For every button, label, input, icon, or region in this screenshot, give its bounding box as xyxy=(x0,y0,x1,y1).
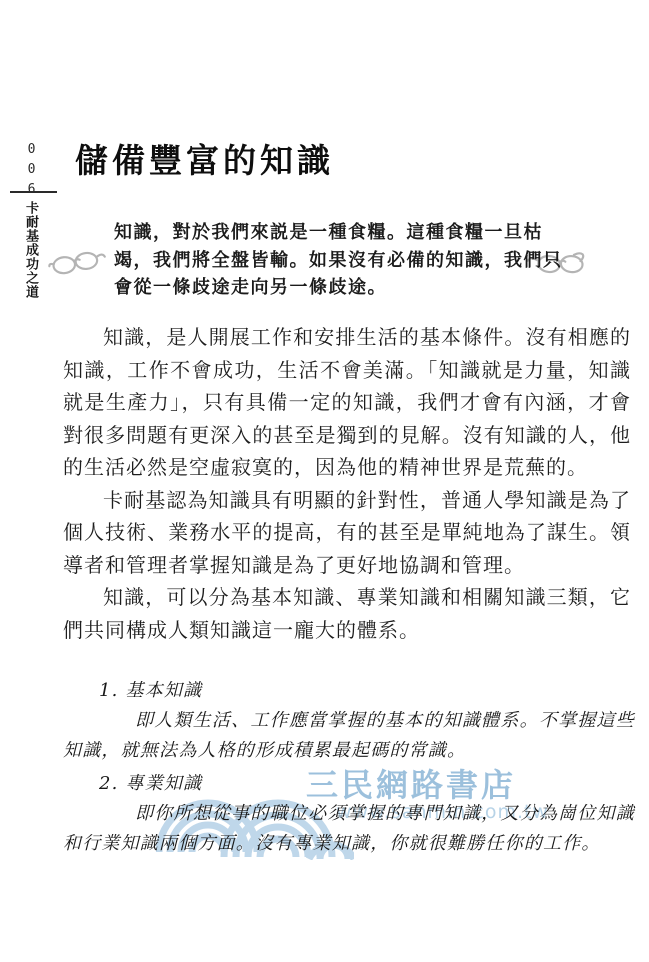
knowledge-type-list: 1. 基本知識 即人類生活、工作應當掌握的基本的知識體系。不掌握這些知識，就無法… xyxy=(63,676,635,859)
paragraph: 知識，是人開展工作和安排生活的基本條件。沒有相應的知識，工作不會成功，生活不會美… xyxy=(63,321,631,484)
page-number: 006 xyxy=(24,142,39,202)
glasses-icon xyxy=(48,242,106,284)
body-text: 知識，是人開展工作和安排生活的基本條件。沒有相應的知識，工作不會成功，生活不會美… xyxy=(63,321,631,646)
book-page: 006 卡耐基成功之道 儲備豐富的知識 知識，對於我們來説是一種食糧。這種食糧一… xyxy=(0,0,649,962)
list-item-text: 即你所想從事的職位必須掌握的專門知識，又分為崗位知識和行業知識兩個方面。沒有專業… xyxy=(63,799,635,859)
list-item: 1. 基本知識 即人類生活、工作應當掌握的基本的知識體系。不掌握這些知識，就無法… xyxy=(63,676,635,766)
chapter-quote: 知識，對於我們來説是一種食糧。這種食糧一旦枯 竭，我們將全盤皆輸。如果沒有必備的… xyxy=(114,219,544,302)
list-item-heading: 1. 基本知識 xyxy=(63,676,635,706)
list-item-text: 即人類生活、工作應當掌握的基本的知識體系。不掌握這些知識，就無法為人格的形成積累… xyxy=(63,706,635,766)
list-item: 2. 專業知識 即你所想從事的職位必須掌握的專門知識，又分為崗位知識和行業知識兩… xyxy=(63,769,635,859)
book-title-vertical: 卡耐基成功之道 xyxy=(21,201,40,299)
quote-line: 會從一條歧途走向另一條歧途。 xyxy=(114,274,544,302)
paragraph: 卡耐基認為知識具有明顯的針對性，普通人學知識是為了個人技術、業務水平的提高，有的… xyxy=(63,484,631,582)
paragraph: 知識，可以分為基本知識、專業知識和相關知識三類，它們共同構成人類知識這一龐大的體… xyxy=(63,581,631,646)
quote-line: 竭，我們將全盤皆輸。如果沒有必備的知識，我們只 xyxy=(114,247,544,275)
page-title: 儲備豐富的知識 xyxy=(75,135,334,182)
list-item-heading: 2. 專業知識 xyxy=(63,769,635,799)
quote-line: 知識，對於我們來説是一種食糧。這種食糧一旦枯 xyxy=(114,219,544,247)
sidebar-divider xyxy=(10,191,57,193)
